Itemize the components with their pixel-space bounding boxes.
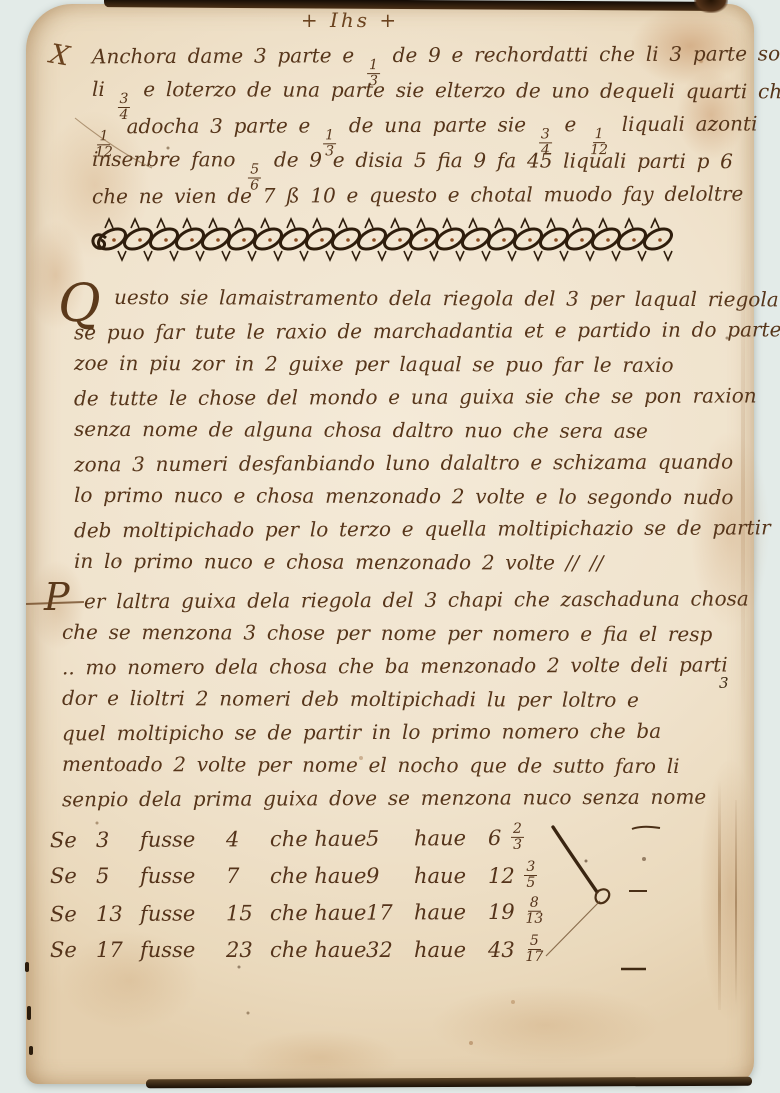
- manuscript-line: zoe in piu zor in 2 guixe per laqual se …: [74, 347, 704, 382]
- example-result: 19 813: [488, 896, 546, 927]
- example-cell: 17: [96, 938, 140, 962]
- example-cell: fusse: [140, 901, 226, 925]
- manuscript-line: mentoado 2 volte per nome el nocho que d…: [62, 748, 702, 783]
- manuscript-line: senza nome de alguna chosa daltro nuo ch…: [74, 413, 704, 448]
- example-cell: 7: [226, 864, 270, 888]
- manuscript-line: che ne vien de 7 ß 10 e questo e chotal …: [92, 177, 708, 215]
- manuscript-line: li 34 e loterzo de una parte sie elterzo…: [92, 72, 708, 109]
- example-cell: 3: [96, 827, 140, 851]
- example-table: Se3fusse4che haue5haue6 23Se5fusse7che h…: [50, 820, 546, 968]
- manuscript-line: 112 adocha 3 parte e 13 de una parte sie…: [92, 107, 708, 145]
- example-cell: fusse: [140, 938, 226, 962]
- example-cell: fusse: [140, 864, 226, 888]
- example-cell: haue: [414, 864, 488, 888]
- manuscript-line: zona 3 numeri desfanbiando luno dalaltro…: [74, 446, 704, 482]
- interlaced-rope-divider: [90, 216, 690, 264]
- example-cell: haue: [414, 900, 488, 924]
- manuscript-scan: + Ihs + X Anchora dame 3 parte e 13 de 9…: [0, 0, 780, 1093]
- example-cell: 23: [226, 938, 270, 962]
- example-result: 12 35: [488, 860, 539, 890]
- example-cell: Se: [50, 864, 96, 888]
- manuscript-line: uesto sie lamaistramento dela riegola de…: [74, 281, 704, 316]
- example-result: 6 23: [488, 822, 526, 853]
- example-cell: 4: [226, 827, 270, 851]
- example-cell: che haue: [270, 900, 366, 925]
- example-result: 43 517: [488, 934, 546, 964]
- page-corner-shadow: [694, 0, 728, 13]
- example-cell: 15: [226, 901, 270, 925]
- example-row: Se17fusse23che haue32haue43 517: [50, 931, 546, 968]
- example-cell: Se: [50, 828, 96, 852]
- stacked-fraction: 23: [511, 822, 524, 852]
- page-edge-nick: [27, 1006, 31, 1020]
- manuscript-line: .. mo nomero dela chosa che ba menzonado…: [62, 649, 702, 685]
- example-cell: che haue: [270, 938, 366, 962]
- manuscript-line: quel moltipicho se de partir in lo primo…: [62, 715, 702, 751]
- example-cell: fusse: [140, 827, 226, 851]
- example-cell: 17: [366, 900, 414, 924]
- example-cell: 5: [96, 864, 140, 888]
- page-edge-nick: [29, 1046, 33, 1055]
- example-cell: 9: [366, 864, 414, 888]
- manuscript-line: er laltra guixa dela riegola del 3 chapi…: [62, 583, 702, 619]
- manuscript-line: se puo far tute le raxio de marchadantia…: [74, 314, 704, 350]
- example-cell: che haue: [270, 864, 366, 888]
- page-number-mark: 3: [719, 674, 729, 692]
- example-cell: 5: [366, 826, 414, 850]
- stacked-fraction: 35: [524, 860, 537, 890]
- manuscript-line: lo primo nuco e chosa menzonado 2 volte …: [74, 479, 704, 514]
- book-block-bottom-edge: [146, 1077, 752, 1089]
- page-edge-nick: [25, 962, 29, 972]
- example-cell: Se: [50, 902, 96, 926]
- example-row: Se5fusse7che haue9haue12 35: [50, 857, 546, 894]
- manuscript-line: senpio dela prima guixa dove se menzona …: [62, 781, 702, 817]
- manuscript-line: che se menzona 3 chose per nome per nome…: [62, 616, 702, 651]
- example-cell: haue: [414, 938, 488, 962]
- example-cell: 32: [366, 938, 414, 962]
- paragraph-rule-of-three-first-method: Questo sie lamaistramento dela riegola d…: [74, 282, 704, 579]
- stacked-fraction: 517: [524, 934, 544, 964]
- example-cell: che haue: [270, 826, 366, 851]
- manuscript-line: deb moltipichado per lo terzo e quella m…: [74, 512, 704, 548]
- manuscript-line: insenbre fano 56 de 9 e disia 5 fia 9 fa…: [92, 142, 708, 179]
- example-row: Se13fusse15che haue17haue19 813: [50, 893, 546, 933]
- manuscript-line: dor e lioltri 2 nomeri deb moltipichadi …: [62, 682, 702, 717]
- manuscript-line: Anchora dame 3 parte e 13 de 9 e rechord…: [92, 37, 708, 75]
- paragraph-problem-anchora: Anchora dame 3 parte e 13 de 9 e rechord…: [92, 38, 708, 213]
- example-cell: 13: [96, 901, 140, 925]
- example-row: Se3fusse4che haue5haue6 23: [50, 819, 546, 859]
- stacked-fraction: 813: [524, 896, 544, 926]
- header-inscription: + Ihs +: [250, 8, 450, 32]
- paragraph-rule-of-three-second-method: Per laltra guixa dela riegola del 3 chap…: [62, 584, 702, 815]
- manuscript-line: de tutte le chose del mondo e una guixa …: [74, 380, 704, 416]
- ink-specks: [0, 0, 2, 2]
- example-cell: Se: [50, 938, 96, 962]
- example-cell: haue: [414, 826, 488, 850]
- manuscript-line: in lo primo nuco e chosa menzonado 2 vol…: [74, 545, 704, 580]
